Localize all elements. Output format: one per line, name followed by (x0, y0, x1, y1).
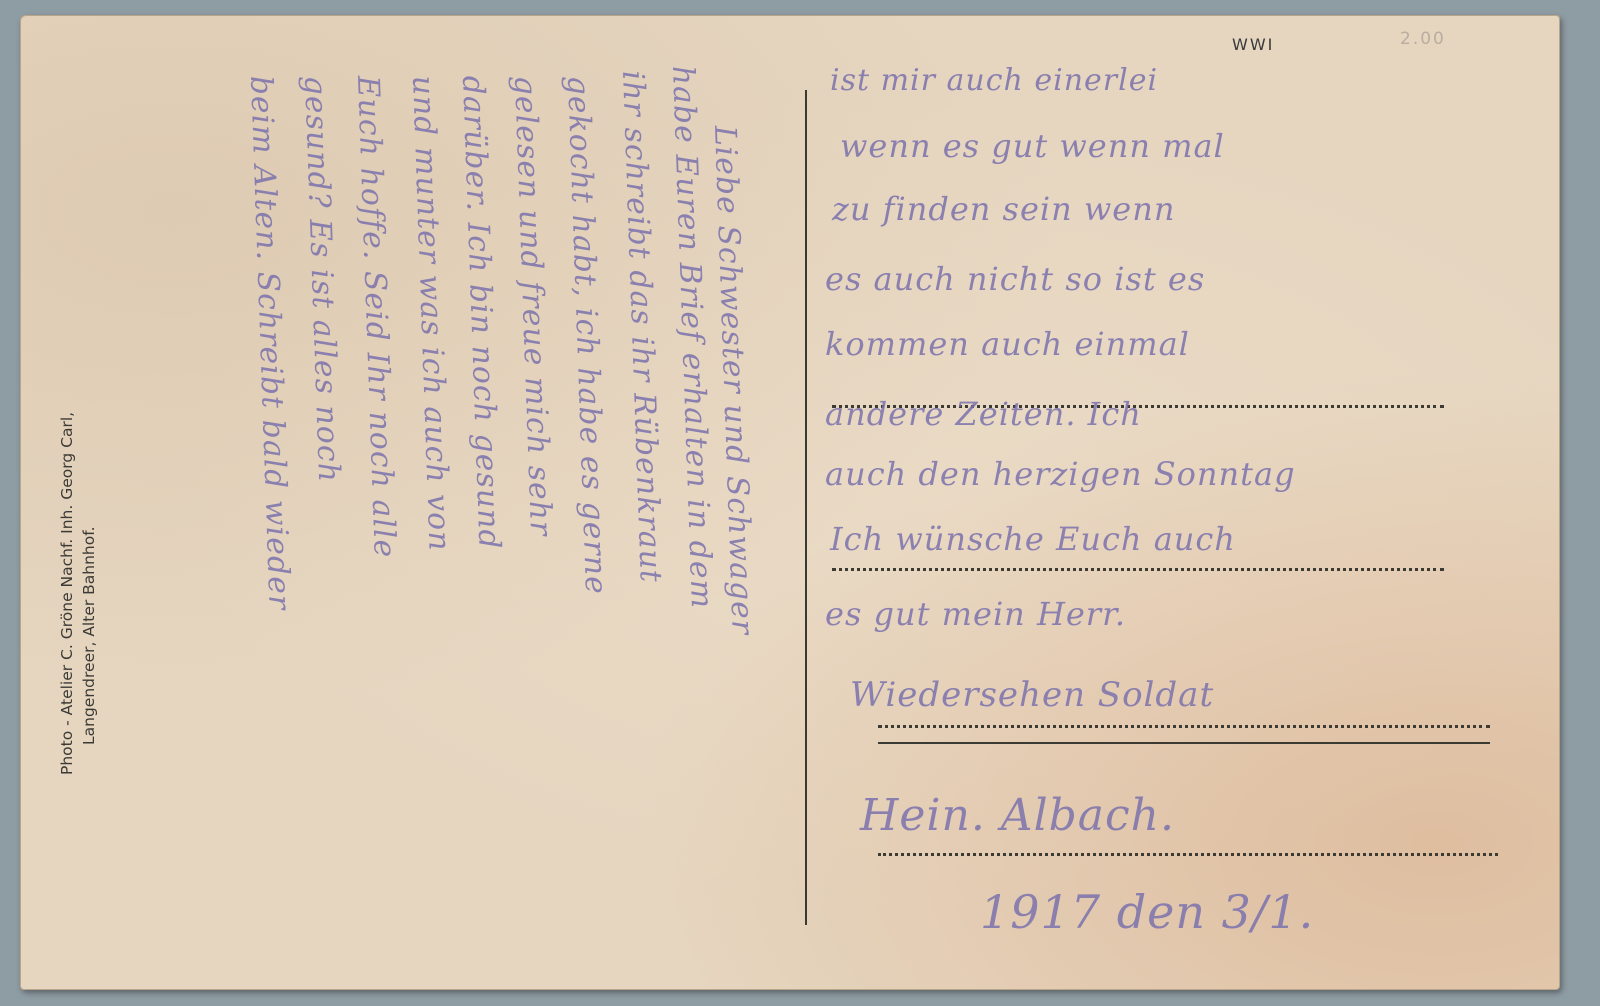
pencil-note-category: WWI (1232, 35, 1274, 54)
date-line: 1917 den 3/1. (980, 885, 1314, 939)
handwritten-line: zu finden sein wenn (832, 190, 1175, 228)
handwritten-line: Euch hoffe. Seid Ihr noch alle (350, 75, 402, 559)
handwritten-line: und munter was ich auch von (405, 75, 457, 552)
handwritten-line: darüber. Ich bin noch gesund (455, 75, 507, 550)
printer-imprint: Photo - Atelier C. Gröne Nachf. Inh. Geo… (56, 412, 100, 775)
handwritten-line: gesund? Es ist alles noch (297, 75, 346, 483)
handwritten-line: Wiedersehen Soldat (850, 675, 1214, 715)
handwritten-line: gekocht habt, ich habe es gerne (560, 75, 613, 595)
pencil-note-price: 2.00 (1400, 29, 1446, 49)
handwritten-line: kommen auch einmal (825, 325, 1190, 363)
handwritten-line: auch den herzigen Sonntag (825, 455, 1296, 493)
address-line-3-underline (878, 742, 1490, 744)
imprint-line-1: Photo - Atelier C. Gröne Nachf. Inh. Geo… (56, 412, 78, 775)
handwritten-line: Ich wünsche Euch auch (830, 520, 1236, 558)
postcard-back: Photo - Atelier C. Gröne Nachf. Inh. Geo… (20, 15, 1560, 990)
address-line-4 (878, 853, 1498, 856)
handwritten-line: wenn es gut wenn mal (840, 127, 1225, 165)
address-line-2 (832, 568, 1444, 571)
handwritten-line: es auch nicht so ist es (825, 260, 1205, 298)
handwritten-line: andere Zeiten. Ich (825, 395, 1142, 433)
handwritten-line: gelesen und freue mich sehr (507, 75, 558, 537)
signature: Hein. Albach. (860, 790, 1175, 841)
handwritten-line: beim Alten. Schreibt bald wieder (243, 75, 297, 611)
handwritten-line: es gut mein Herr. (825, 595, 1126, 633)
center-divider-line (805, 90, 807, 925)
address-line-3 (878, 725, 1490, 728)
handwritten-line: ihr schreibt das ihr Rübenkraut (615, 70, 668, 584)
imprint-line-2: Langendreer, Alter Bahnhof. (78, 412, 100, 775)
handwritten-line: ist mir auch einerlei (830, 63, 1158, 98)
